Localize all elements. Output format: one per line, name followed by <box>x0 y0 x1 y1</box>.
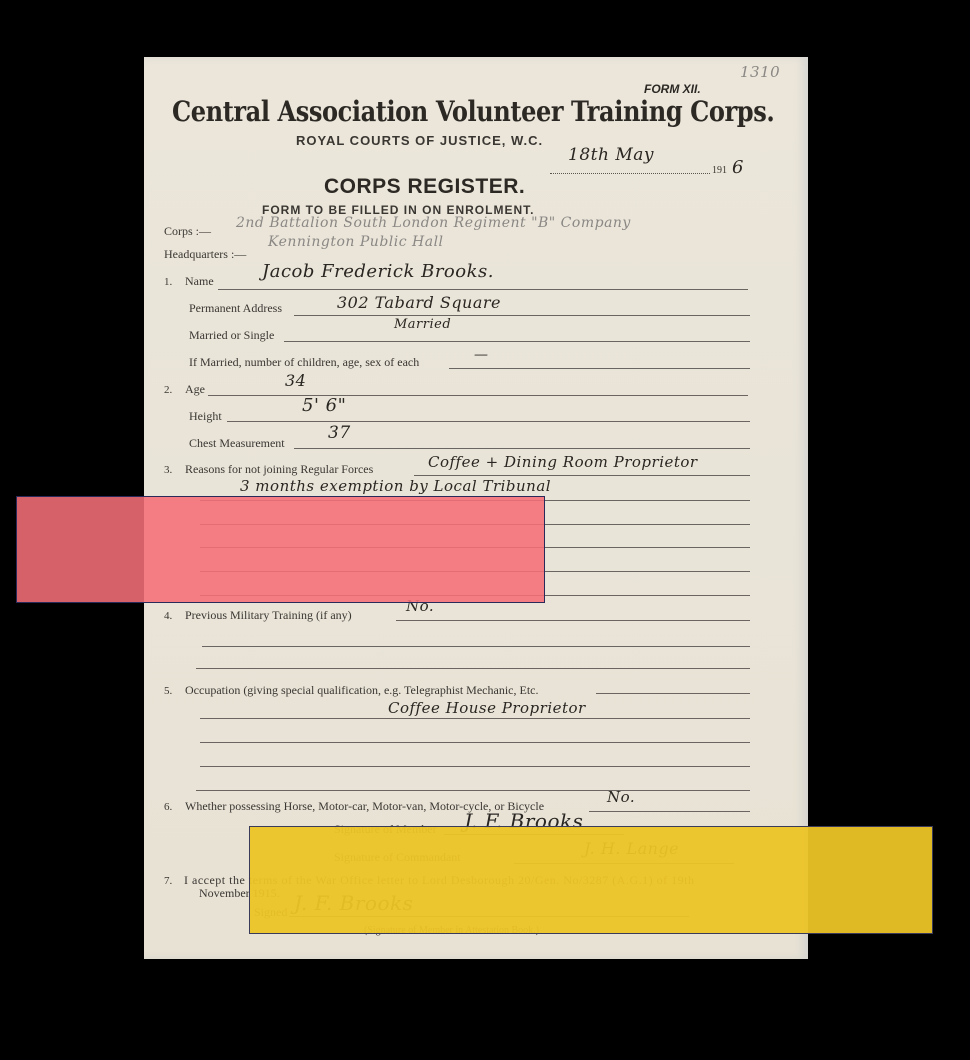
address-line: ROYAL COURTS OF JUSTICE, W.C. <box>296 133 543 148</box>
occupation-line-1 <box>596 693 750 694</box>
address-line <box>294 315 750 316</box>
chest-value: 37 <box>328 423 351 443</box>
marital-value: Married <box>394 317 451 332</box>
corps-label: Corps :— <box>164 224 211 239</box>
organization-title: Central Association Volunteer Training C… <box>172 95 774 128</box>
age-line <box>208 395 748 396</box>
chest-line <box>294 448 750 449</box>
height-line <box>227 421 750 422</box>
item-number-3: 3. <box>164 464 172 476</box>
item-number-1: 1. <box>164 276 172 288</box>
item-number-6: 6. <box>164 801 172 813</box>
military-line-2 <box>202 646 750 647</box>
height-label: Height <box>189 409 222 424</box>
address-label: Permanent Address <box>189 301 282 316</box>
vehicle-line <box>589 811 750 812</box>
occupation-line-2 <box>200 718 750 719</box>
military-line-1 <box>396 620 750 621</box>
reasons-label: Reasons for not joining Regular Forces <box>185 462 373 477</box>
children-value: — <box>474 347 489 363</box>
date-dotted-line <box>550 173 710 174</box>
reasons-value-1: Coffee + Dining Room Proprietor <box>428 453 698 471</box>
military-label: Previous Military Training (if any) <box>185 608 352 623</box>
height-value: 5' 6" <box>302 395 346 416</box>
age-value: 34 <box>285 371 306 390</box>
item-number-2: 2. <box>164 384 172 396</box>
marital-line <box>284 341 750 342</box>
redaction-box-pink <box>17 497 544 602</box>
marital-label: Married or Single <box>189 328 274 343</box>
occupation-value: Coffee House Proprietor <box>388 699 586 717</box>
archive-number: 1310 <box>740 63 780 81</box>
item-number-7: 7. <box>164 875 172 887</box>
date-handwritten: 18th May <box>568 145 654 165</box>
year-handwritten: 6 <box>732 157 744 178</box>
name-label: Name <box>185 274 214 289</box>
name-value: Jacob Frederick Brooks. <box>262 261 494 282</box>
vehicle-value: No. <box>607 788 635 806</box>
item-number-4: 4. <box>164 610 172 622</box>
children-label: If Married, number of children, age, sex… <box>189 355 419 370</box>
military-line-3 <box>196 668 750 669</box>
reasons-value-2: 3 months exemption by Local Tribunal <box>240 477 551 495</box>
occupation-label: Occupation (giving special qualification… <box>185 683 538 698</box>
reasons-line-1 <box>414 475 750 476</box>
occupation-line-4 <box>200 766 750 767</box>
name-line <box>218 289 748 290</box>
corps-value: 2nd Battalion South London Regiment "B" … <box>236 215 631 231</box>
age-label: Age <box>185 382 205 397</box>
redaction-box-yellow <box>250 827 932 933</box>
year-printed: 191 <box>712 165 727 176</box>
headquarters-value: Kennington Public Hall <box>268 234 444 250</box>
form-number: FORM XII. <box>644 82 701 96</box>
corps-register-heading: CORPS REGISTER. <box>324 175 525 199</box>
children-line <box>449 368 750 369</box>
occupation-line-3 <box>200 742 750 743</box>
item-number-5: 5. <box>164 685 172 697</box>
headquarters-label: Headquarters :— <box>164 247 246 262</box>
occupation-line-5 <box>196 790 750 791</box>
address-value: 302 Tabard Square <box>337 293 501 312</box>
chest-label: Chest Measurement <box>189 436 285 451</box>
